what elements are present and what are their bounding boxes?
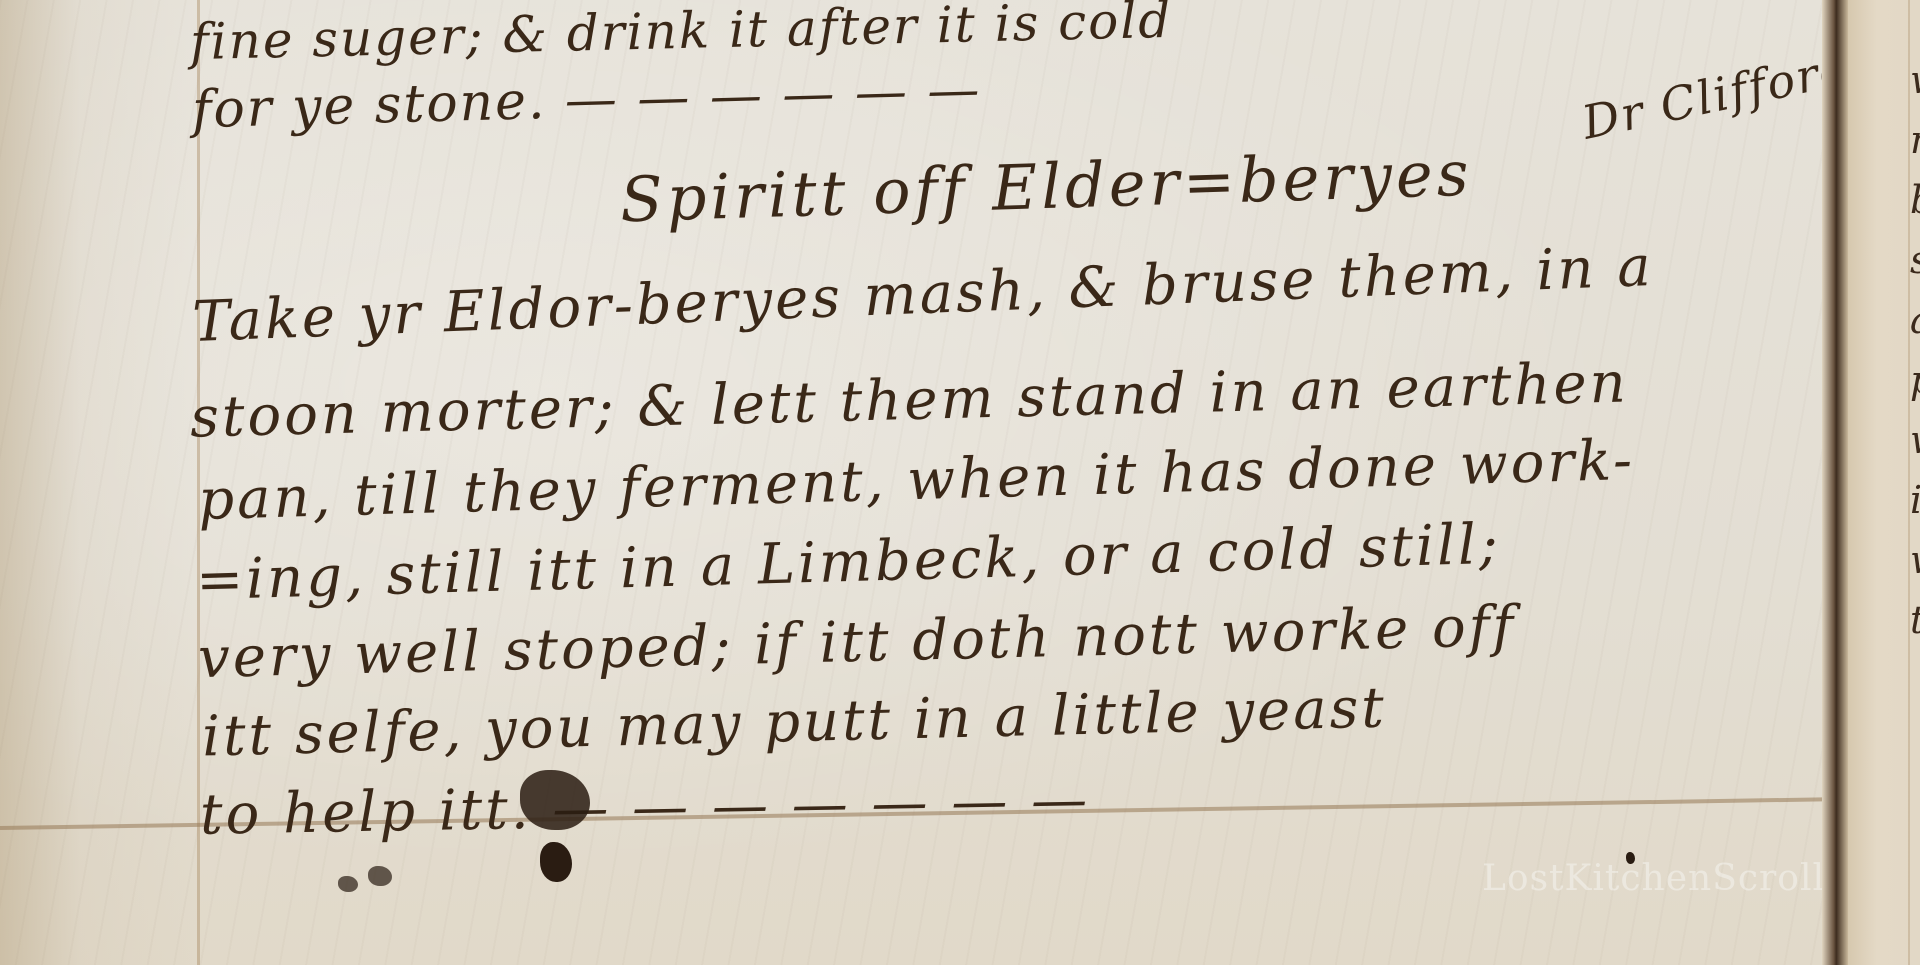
ink-blot-drop [540, 842, 572, 882]
facing-fragment: w [1910, 410, 1920, 470]
facing-fragment: pa [1910, 350, 1920, 410]
page-edge-shading [0, 0, 200, 965]
facing-fragment: bu [1910, 170, 1920, 230]
facing-fragment: no [1910, 110, 1920, 170]
facing-fragment: th [1910, 590, 1920, 650]
ink-speckle-2 [368, 866, 392, 886]
facing-fragment: st [1910, 230, 1920, 290]
facing-fragment: a [1910, 290, 1920, 350]
facing-fragment: w [1910, 530, 1920, 590]
facing-page-text: w no bu st a pa w itt w th [1910, 50, 1920, 650]
facing-fragment: w [1910, 50, 1920, 110]
ink-speckle-1 [338, 876, 358, 892]
book-gutter [1822, 0, 1848, 965]
facing-fragment: itt [1910, 470, 1920, 530]
facing-page: w no bu st a pa w itt w th [1848, 0, 1920, 965]
